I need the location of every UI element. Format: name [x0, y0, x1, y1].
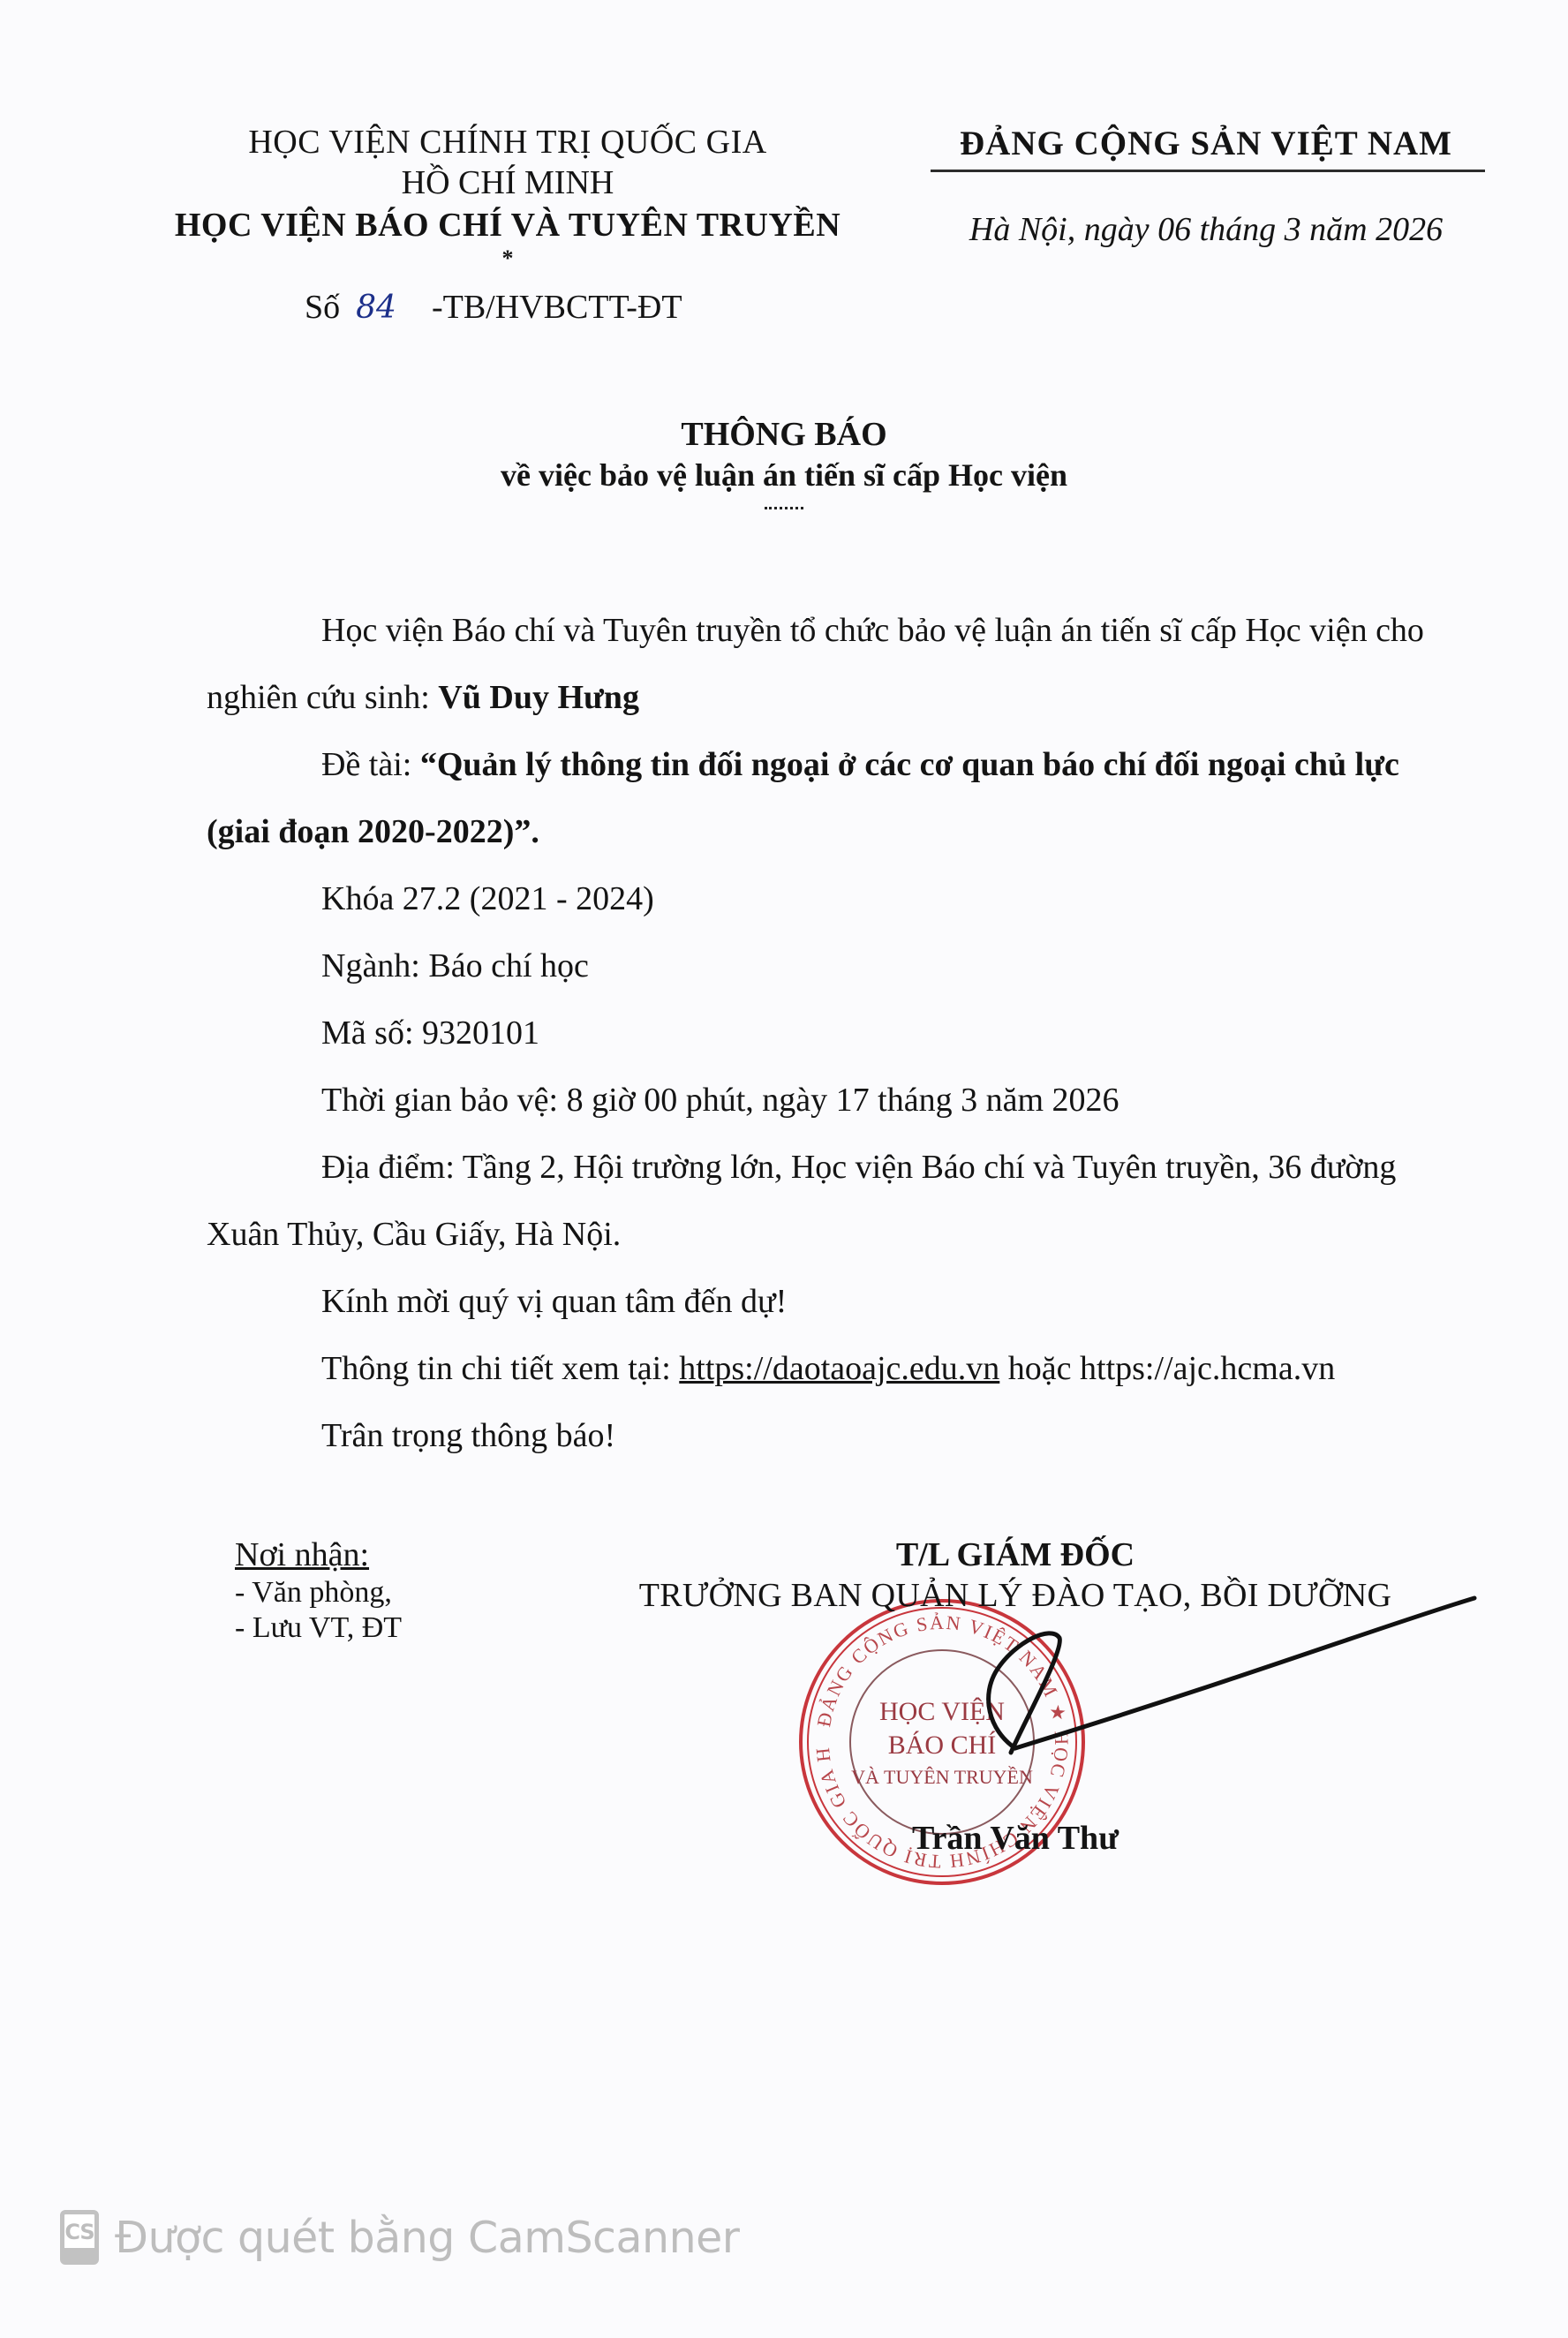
recipients-heading: Nơi nhận:	[235, 1535, 402, 1575]
closing: Trân trọng thông báo!	[207, 1402, 1443, 1469]
document-title: THÔNG BÁO về việc bảo vệ luận án tiến sĩ…	[0, 413, 1568, 512]
doc-number-suffix: -TB/HVBCTT-ĐT	[432, 289, 682, 326]
issuing-authority: HỌC VIỆN CHÍNH TRỊ QUỐC GIA HỒ CHÍ MINH …	[132, 122, 883, 270]
invitation: Kính mời quý vị quan tâm đến dự!	[207, 1268, 1443, 1335]
major-code: Mã số: 9320101	[207, 999, 1443, 1067]
title-separator	[765, 507, 803, 512]
recipient-item: - Văn phòng,	[235, 1575, 402, 1610]
intro-paragraph: Học viện Báo chí và Tuyên truyền tổ chức…	[207, 597, 1443, 731]
party-name: ĐẢNG CỘNG SẢN VIỆT NAM	[923, 122, 1489, 166]
party-header: ĐẢNG CỘNG SẢN VIỆT NAM Hà Nội, ngày 06 t…	[923, 122, 1489, 250]
notice-body: Học viện Báo chí và Tuyên truyền tổ chức…	[207, 597, 1443, 1469]
doc-number-handwritten: 84	[356, 290, 396, 326]
link-ajc-hcma: https://ajc.hcma.vn	[1080, 1350, 1335, 1387]
authority-line-3: HỌC VIỆN BÁO CHÍ VÀ TUYÊN TRUYỀN	[132, 203, 883, 247]
topic-paragraph: Đề tài: “Quản lý thông tin đối ngoại ở c…	[207, 731, 1443, 865]
title-main: THÔNG BÁO	[0, 413, 1568, 456]
link-daotaoajc[interactable]: https://daotaoajc.edu.vn	[679, 1350, 999, 1387]
signer-authority: T/L GIÁM ĐỐC	[565, 1535, 1466, 1575]
svg-text:VÀ TUYÊN TRUYỀN: VÀ TUYÊN TRUYỀN	[851, 1766, 1033, 1788]
major: Ngành: Báo chí học	[207, 932, 1443, 999]
info-line: Thông tin chi tiết xem tại: https://daot…	[207, 1335, 1443, 1402]
defense-time: Thời gian bảo vệ: 8 giờ 00 phút, ngày 17…	[207, 1067, 1443, 1134]
handwritten-signature-icon	[962, 1589, 1492, 1766]
authority-line-2: HỒ CHÍ MINH	[132, 162, 883, 203]
document-number: Số84-TB/HVBCTT-ĐT	[305, 288, 682, 327]
title-subtitle: về việc bảo vệ luận án tiến sĩ cấp Học v…	[0, 456, 1568, 494]
recipients: Nơi nhận: - Văn phòng, - Lưu VT, ĐT	[235, 1535, 402, 1646]
party-underline	[931, 170, 1485, 172]
recipient-item: - Lưu VT, ĐT	[235, 1610, 402, 1646]
watermark-label: Được quét bằng CamScanner	[115, 2213, 739, 2263]
candidate-name: Vũ Duy Hưng	[438, 679, 639, 716]
signer-name: Trần Văn Thư	[565, 1819, 1466, 1858]
location: Địa điểm: Tầng 2, Hội trường lớn, Học vi…	[207, 1134, 1443, 1268]
place-date: Hà Nội, ngày 06 tháng 3 năm 2026	[923, 209, 1489, 250]
star-icon: *	[132, 247, 883, 270]
authority-line-1: HỌC VIỆN CHÍNH TRỊ QUỐC GIA	[132, 122, 883, 162]
course: Khóa 27.2 (2021 - 2024)	[207, 865, 1443, 932]
camscanner-watermark: CS Được quét bằng CamScanner	[60, 2210, 739, 2265]
camscanner-logo-icon: CS	[60, 2210, 99, 2265]
doc-number-prefix: Số	[305, 289, 340, 326]
